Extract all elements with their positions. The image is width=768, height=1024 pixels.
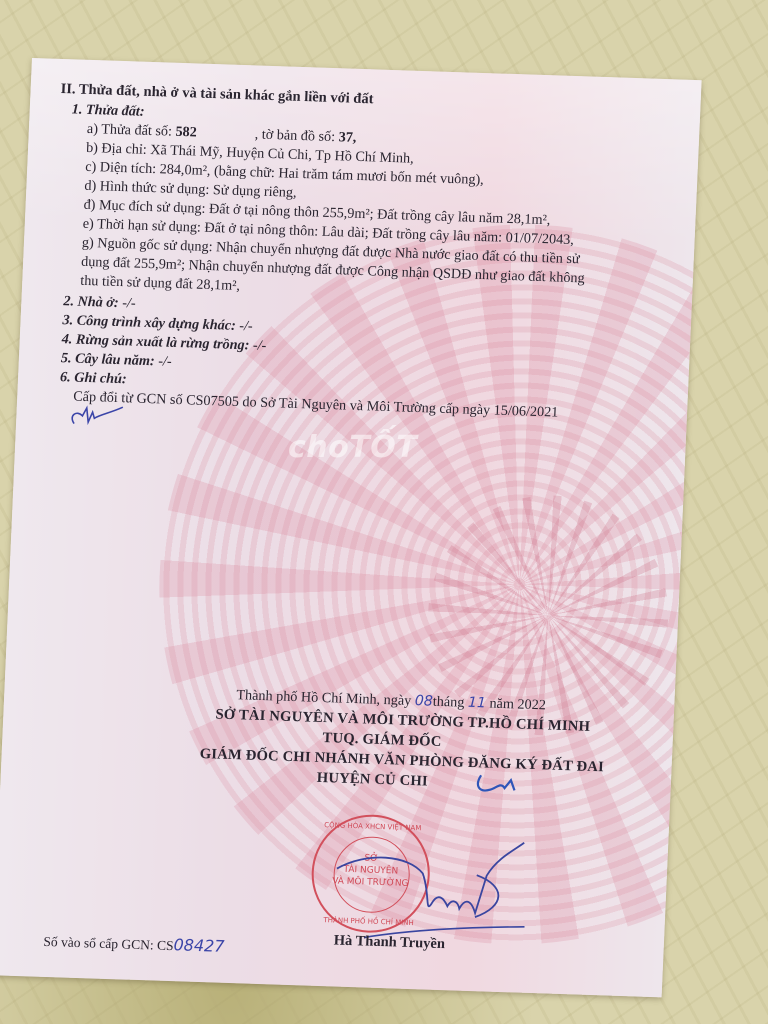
certificate-page: II. Thửa đất, nhà ở và tài sản khác gắn … [0, 58, 702, 997]
director-signature-icon [324, 830, 529, 947]
issuer-authorization: TUQ. GIÁM ĐỐC [322, 730, 442, 751]
issuer-district: HUYỆN CỦ CHI [316, 770, 428, 791]
item-notes: 6. Ghi chú: [60, 369, 127, 388]
issue-day: 08 [414, 693, 433, 710]
map-sheet-label: , tờ bản đồ số: [254, 126, 339, 145]
note-text: Cấp đổi từ GCN số CS07505 do Sở Tài Nguy… [73, 389, 559, 422]
parcel-number-value: 582 [175, 124, 197, 141]
registry-number: Số vào sổ cấp GCN: CS08427 [43, 931, 225, 956]
item-perennial-trees: 5. Cây lâu năm: -/- [61, 350, 172, 371]
map-sheet-value: 37, [338, 129, 356, 146]
issue-month: 11 [468, 695, 487, 712]
item-house: 2. Nhà ở: -/- [63, 293, 136, 312]
certificate-content: II. Thửa đất, nhà ở và tài sản khác gắn … [0, 58, 702, 997]
initial-signature-icon [66, 401, 127, 433]
small-signature-icon [470, 771, 521, 803]
registry-handwritten-number: 08427 [173, 935, 225, 956]
origin-line-3: thu tiền sử dụng đất 28,1m², [80, 273, 240, 295]
parcel-heading: 1. Thửa đất: [71, 101, 144, 120]
chotot-watermark: choTỐT [288, 430, 417, 465]
signer-name: Hà Thanh Truyền [333, 932, 445, 953]
parcel-number-label: a) Thửa đất số: [87, 121, 176, 140]
